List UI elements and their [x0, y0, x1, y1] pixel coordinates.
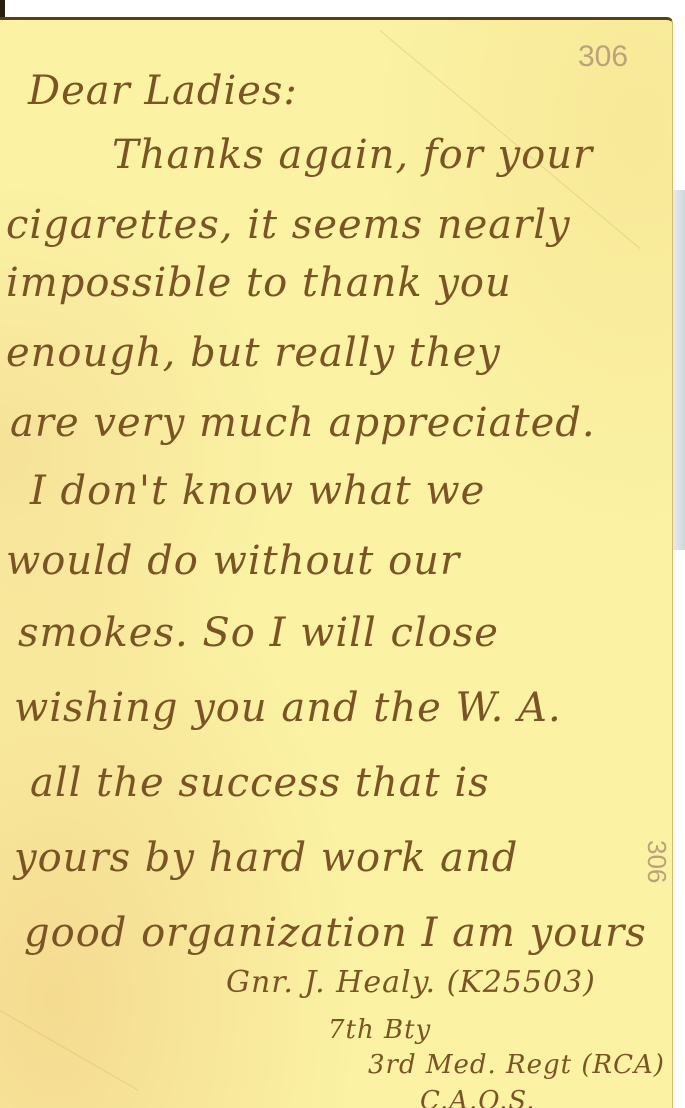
- body-line-11: yours by hard work and: [14, 835, 518, 881]
- body-line-10: all the success that is: [30, 760, 490, 806]
- body-line-6: I don't know what we: [30, 468, 485, 514]
- signature-name: Gnr. J. Healy. (K25503): [226, 965, 596, 1000]
- body-line-9: wishing you and the W. A.: [14, 685, 562, 731]
- body-line-4: enough, but really they: [6, 330, 501, 376]
- signature-unit-caos: C.A.O.S.: [420, 1086, 535, 1108]
- archive-number-top: 306: [578, 40, 628, 74]
- body-line-2: cigarettes, it seems nearly: [6, 202, 571, 248]
- body-line-12: good organization I am yours: [24, 910, 647, 956]
- paper-crease: [0, 1010, 139, 1091]
- postcard: 306 306 Dear Ladies: Thanks again, for y…: [0, 17, 673, 1108]
- body-line-3: impossible to thank you: [6, 260, 512, 306]
- body-line-8: smokes. So I will close: [18, 610, 499, 656]
- scan-background-shadow: [672, 190, 685, 550]
- body-line-5: are very much appreciated.: [10, 400, 596, 446]
- salutation: Dear Ladies:: [28, 68, 298, 114]
- scanned-postcard: 306 306 Dear Ladies: Thanks again, for y…: [0, 0, 685, 1108]
- archive-number-side: 306: [641, 840, 672, 883]
- body-line-7: would do without our: [6, 538, 460, 584]
- body-line-1: Thanks again, for your: [112, 132, 593, 178]
- signature-unit-regiment: 3rd Med. Regt (RCA): [368, 1050, 665, 1080]
- signature-unit-battery: 7th Bty: [328, 1015, 431, 1045]
